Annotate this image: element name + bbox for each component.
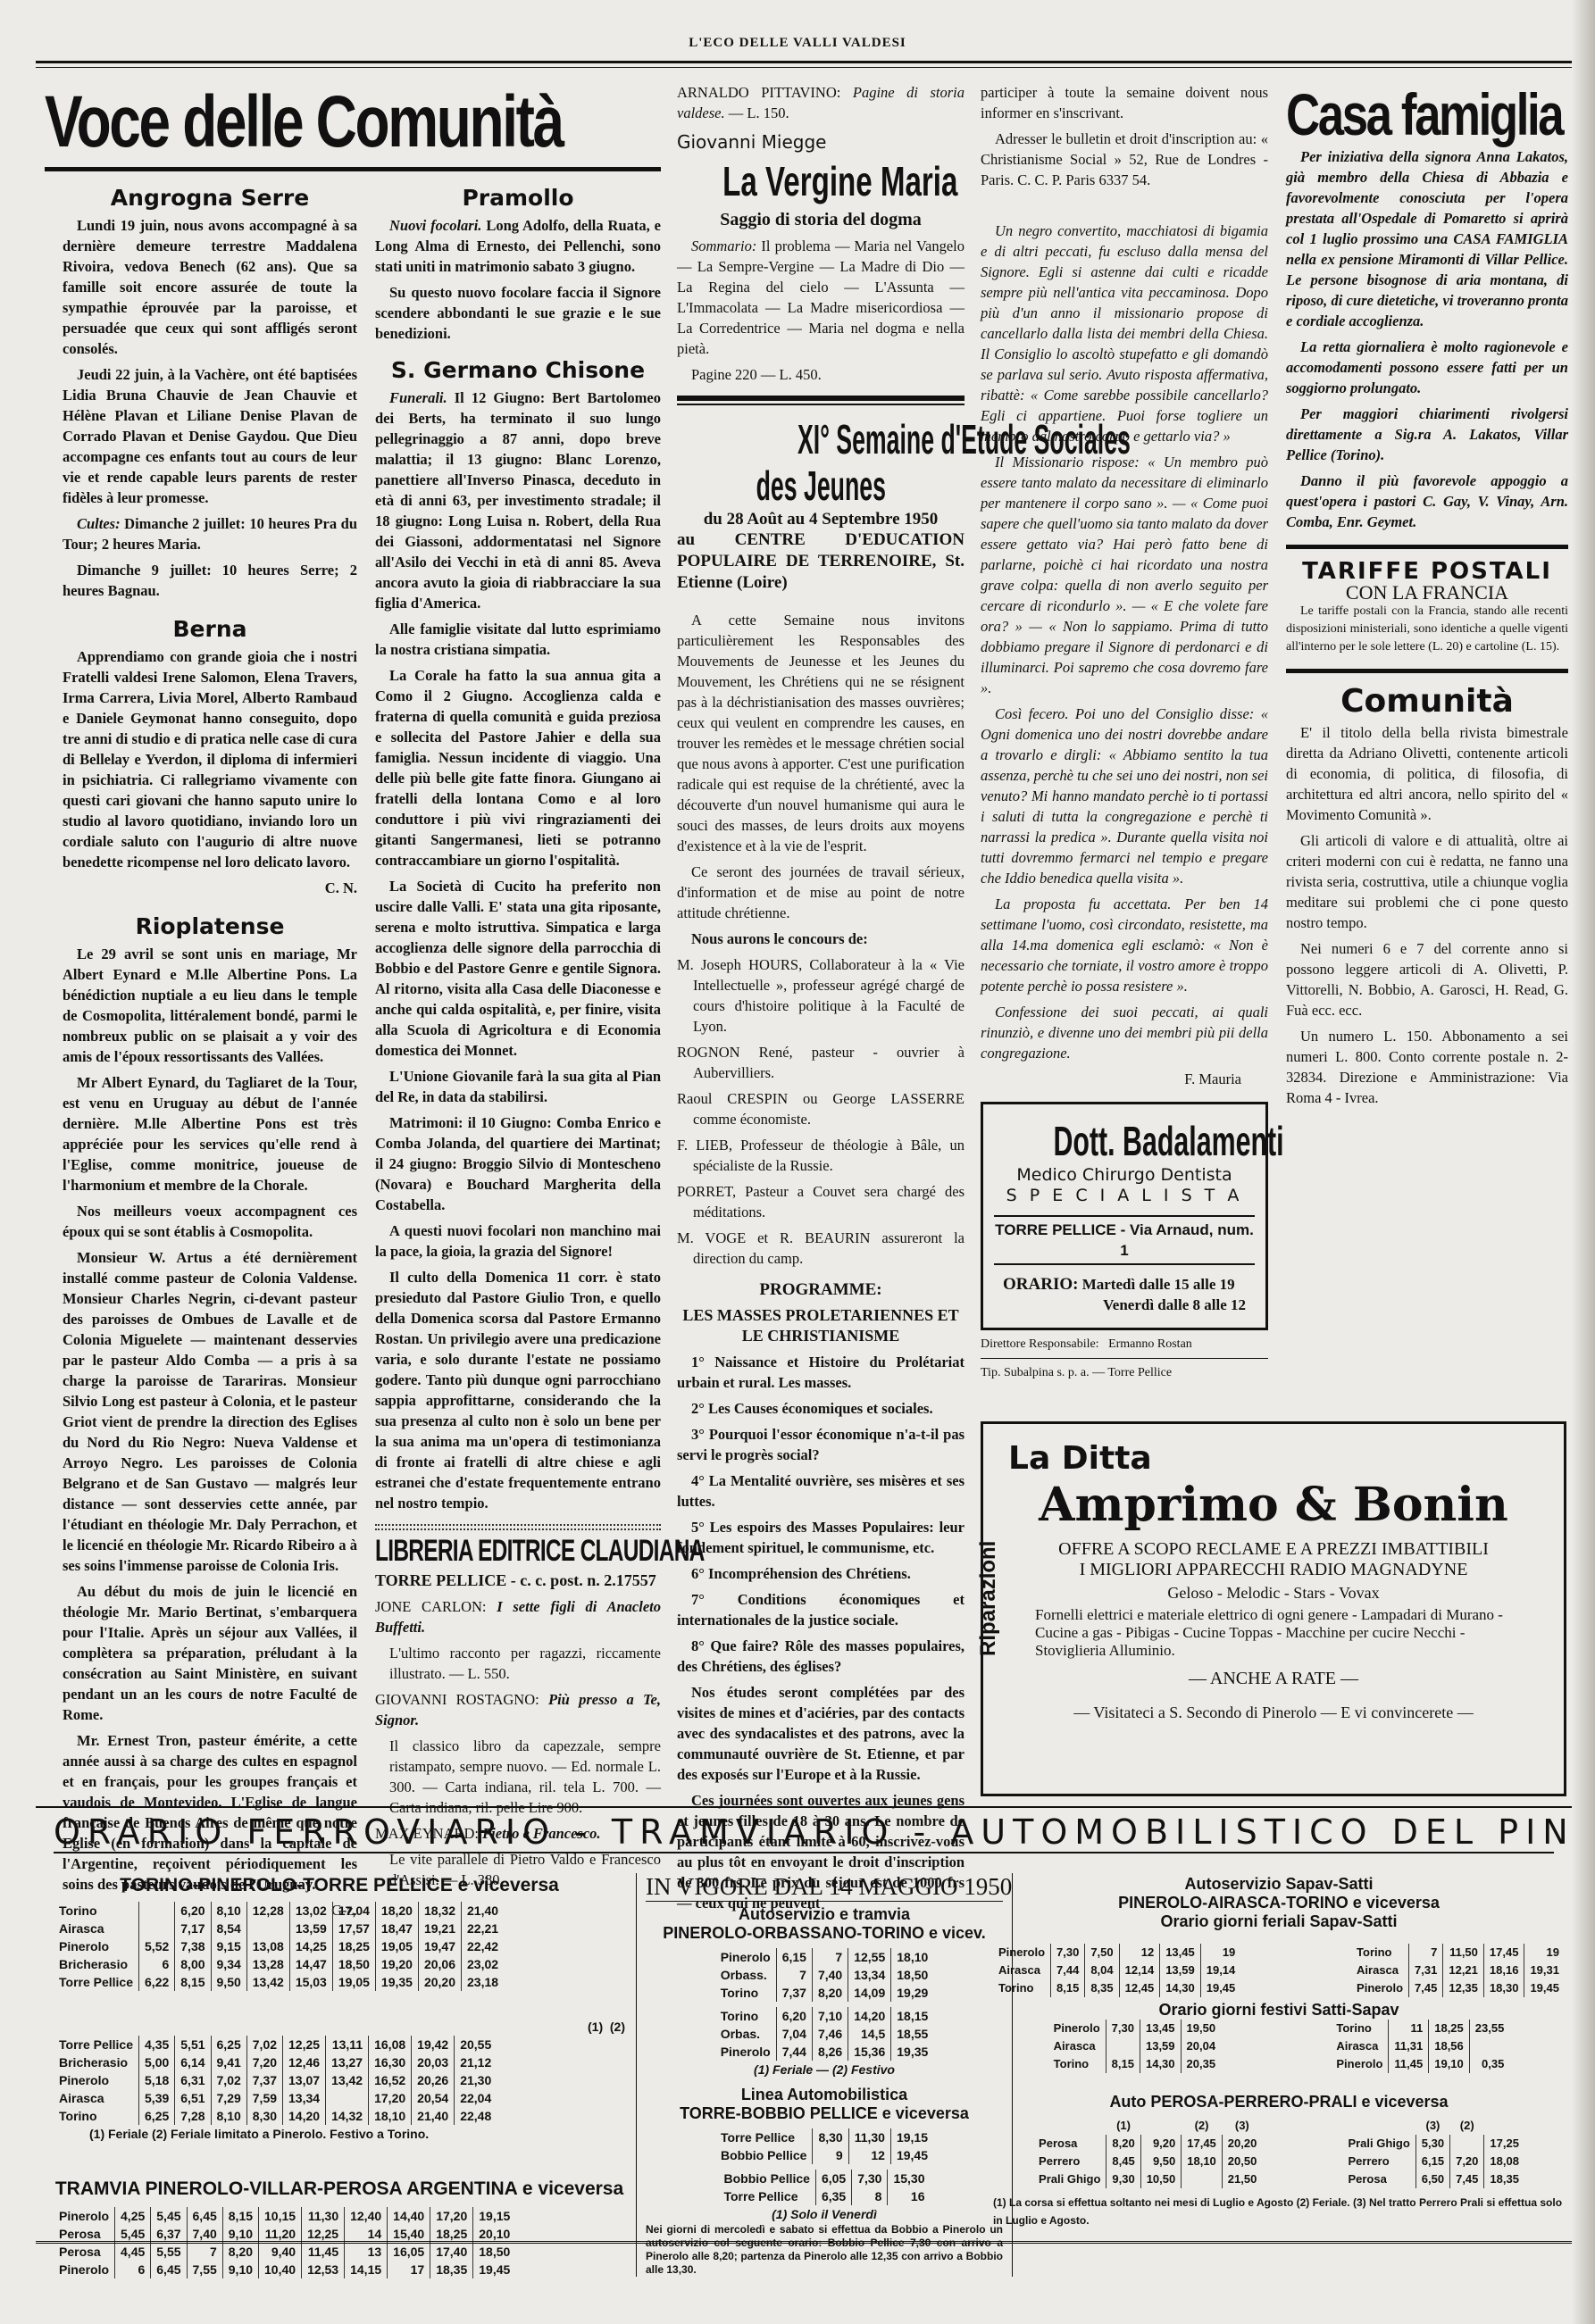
orbassano-note: (1) Feriale — (2) Festivo: [646, 2061, 1003, 2078]
departure-time: 13,28: [246, 1955, 289, 1973]
departure-time: 12,35: [1443, 1979, 1484, 1997]
departure-time: 19,10: [1429, 2055, 1470, 2073]
semaine-dates: du 28 Août au 4 Septembre 1950: [677, 509, 965, 529]
departure-time: 19,42: [412, 2036, 455, 2053]
pramollo-p2: Su questo nuovo focolare faccia il Signo…: [375, 282, 661, 344]
sapav-festivi-ret: Torino1118,2523,55Airasca11,3118,56Piner…: [1331, 2020, 1509, 2073]
station-name: Bricherasio: [54, 2053, 139, 2071]
departure-time: 18,50: [891, 1966, 934, 1984]
departure-time: 6,05: [815, 2170, 851, 2187]
programme-item: 8° Que faire? Rôle des masses populaires…: [677, 1636, 965, 1677]
timetable-row: Airasca7,3112,2118,1619,31: [1351, 1962, 1565, 1979]
departure-time: 6,31: [175, 2071, 211, 2089]
departure-time: 7,31: [1409, 1962, 1443, 1979]
station-name: Orbass.: [715, 1966, 777, 1984]
sgermano-p6: Matrimoni: il 10 Giugno: Comba Enrico e …: [375, 1112, 661, 1215]
departure-time: 7,28: [175, 2107, 211, 2125]
departure-time: 12,55: [848, 1948, 891, 1966]
departure-time: 9,10: [222, 2225, 258, 2243]
departure-time: 13,34: [848, 1966, 891, 1984]
departure-time: [1106, 2037, 1140, 2055]
departure-time: 8,15: [222, 2207, 258, 2225]
departure-time: 6,15: [1415, 2153, 1449, 2170]
departure-time: 10,50: [1140, 2170, 1182, 2188]
departure-time: 7,38: [175, 1937, 211, 1955]
station-name: Airasca: [993, 1962, 1051, 1979]
casa-title: Casa famiglia: [1286, 82, 1512, 146]
station-name: Perosa: [1342, 2170, 1415, 2188]
station-name: Pinerolo: [54, 2207, 115, 2225]
departure-time: 4,45: [115, 2243, 151, 2261]
prali-ret-table: (3)(2)Prali Ghigo5,3017,25Perrero6,157,2…: [1342, 2117, 1524, 2188]
timetable-row: Bricherasio5,006,149,417,2012,4613,2716,…: [54, 2053, 497, 2071]
prali-out-table: (1)(2)(3)Perosa8,209,2017,4520,20Perrero…: [1033, 2117, 1262, 2188]
departure-time: 21,50: [1222, 2170, 1262, 2188]
timetable-row: Prali Ghigo5,3017,25: [1342, 2135, 1524, 2153]
column-5: Casa famiglia Per iniziativa della signo…: [1286, 82, 1568, 1113]
departure-time: 13,07: [283, 2071, 326, 2089]
claudiana-book-2: GIOVANNI ROSTAGNO: Più presso a Te, Sign…: [375, 1689, 661, 1818]
departure-time: 6,45: [187, 2207, 222, 2225]
departure-time: 14,40: [388, 2207, 430, 2225]
vergine-subtitle: Saggio di storia del dogma: [677, 210, 965, 230]
departure-time: 8,45: [1106, 2153, 1140, 2170]
dentist-role: Medico Chirurgo Dentista: [994, 1165, 1255, 1186]
tariffe-title: TARIFFE POSTALI: [1286, 562, 1568, 582]
departure-time: [139, 1902, 175, 1920]
timetable-row: Torre Pellice8,3011,3019,15: [715, 2128, 933, 2146]
departure-time: 14,25: [289, 1937, 332, 1955]
departure-time: 16,30: [369, 2053, 412, 2071]
negro-p5: Confessione dei suoi peccati, ai quali r…: [981, 1002, 1268, 1063]
station-name: Torre Pellice: [54, 1973, 139, 1991]
pramollo-heading: Pramollo: [375, 187, 661, 208]
departure-time: 5,51: [175, 2036, 211, 2053]
station-name: Torre Pellice: [715, 2128, 813, 2146]
timetable-row: Pinerolo11,4519,100,35: [1331, 2055, 1509, 2073]
station-name: Torino: [993, 1979, 1051, 1997]
casa-p2: La retta giornaliera è molto ragionevole…: [1286, 337, 1568, 398]
departure-time: 19,45: [890, 2146, 933, 2164]
departure-time: 18,10: [369, 2107, 412, 2125]
station-name: Pinerolo: [715, 2043, 777, 2061]
book-author: GIOVANNI ROSTAGNO:: [375, 1691, 539, 1708]
casa-p3: Per maggiori chiarimenti rivolgersi dire…: [1286, 404, 1568, 465]
station-name: Orbas.: [715, 2025, 777, 2043]
timetable-row: Pinerolo7,3013,4519,50: [1048, 2020, 1221, 2037]
station-name: Pinerolo: [1351, 1979, 1409, 1997]
amprimo-rate: — ANCHE A RATE —: [1008, 1669, 1539, 1689]
timetable-row: Perosa4,455,5578,209,4011,451316,0517,40…: [54, 2243, 515, 2261]
semaine-p1: A cette Semaine nous invitons particuliè…: [677, 610, 965, 856]
departure-time: 8: [852, 2187, 888, 2205]
torino-ret-table: Torre Pellice4,355,516,257,0212,2513,111…: [54, 2036, 497, 2125]
departure-time: 12: [1119, 1944, 1160, 1962]
departure-time: 8,54: [211, 1920, 246, 1937]
departure-time: 13,08: [246, 1937, 289, 1955]
departure-time: 6,15: [776, 1948, 812, 1966]
departure-time: 8,35: [1085, 1979, 1119, 1997]
timetable-row: Pinerolo5,527,389,1513,0814,2518,2519,05…: [54, 1937, 504, 1955]
book-desc: L'ultimo racconto per ragazzi, riccament…: [375, 1643, 661, 1684]
departure-time: 13: [345, 2243, 388, 2261]
departure-time: 20,20: [1222, 2135, 1262, 2153]
departure-time: 17,20: [430, 2207, 473, 2225]
departure-time: 18,32: [418, 1902, 461, 1920]
departure-time: 5,55: [151, 2243, 187, 2261]
departure-time: 23,02: [462, 1955, 505, 1973]
torino-out-table: Torino6,208,1012,2813,0217,0418,2018,322…: [54, 1902, 504, 1991]
departure-time: 14: [345, 2225, 388, 2243]
negro-p1: Un negro convertito, macchiatosi di biga…: [981, 221, 1268, 446]
departure-time: 8,20: [222, 2243, 258, 2261]
sapav-title-3: Orario giorni feriali Sapav-Satti: [993, 1912, 1565, 1931]
departure-time: 21,40: [412, 2107, 455, 2125]
station-name: Airasca: [1331, 2037, 1389, 2055]
orario-bottom-rule: [36, 2241, 1572, 2244]
station-name: Perosa: [54, 2225, 115, 2243]
departure-time: 7: [187, 2243, 222, 2261]
departure-time: 11: [1389, 2020, 1429, 2037]
departure-time: 7,02: [246, 2036, 282, 2053]
departure-time: 17,45: [1182, 2135, 1223, 2153]
column-4: participer à toute la semaine doivent no…: [981, 82, 1268, 1387]
departure-time: 9,50: [211, 1973, 246, 1991]
departure-time: 8,00: [175, 1955, 211, 1973]
departure-time: 19,05: [332, 1973, 375, 1991]
departure-time: 13,45: [1160, 1944, 1201, 1962]
orbassano-ret-table: Torino6,207,1014,2018,15Orbas.7,047,4614…: [715, 2007, 934, 2061]
tariffe-p1: Le tariffe postali con la Francia, stand…: [1286, 603, 1568, 656]
departure-time: 11,50: [1443, 1944, 1484, 1962]
departure-time: 16,52: [369, 2071, 412, 2089]
comunita-p3: Nei numeri 6 e 7 del corrente anno si po…: [1286, 938, 1568, 1020]
voce-title-wrap: Voce delle Comunità: [45, 85, 661, 171]
bobbio-ret-table: Bobbio Pellice6,057,3015,30Torre Pellice…: [718, 2170, 930, 2205]
direttore: Direttore Responsabile: Ermanno Rostan: [981, 1330, 1268, 1359]
pramollo-label: Nuovi focolari.: [389, 217, 481, 234]
berna-p1: Apprendiamo con grande gioia che i nostr…: [63, 646, 357, 872]
departure-time: 18,20: [375, 1902, 418, 1920]
vergine-pages: Pagine 220 — L. 450.: [677, 364, 965, 385]
departure-time: 22,48: [455, 2107, 497, 2125]
station-name: Torino: [54, 2107, 139, 2125]
departure-time: 17: [388, 2261, 430, 2278]
programme-item: 3° Pourquoi l'essor économique n'a-t-il …: [677, 1424, 965, 1465]
departure-time: [1450, 2135, 1484, 2153]
departure-time: 12,28: [246, 1902, 289, 1920]
departure-time: 16,05: [388, 2243, 430, 2261]
claudiana-book-1: JONE CARLON: I sette figli di Anacleto B…: [375, 1596, 661, 1684]
station-name: Torre Pellice: [54, 2036, 139, 2053]
departure-time: 12,46: [283, 2053, 326, 2071]
departure-time: [1469, 2037, 1509, 2055]
programme-item: 2° Les Causes économiques et sociales.: [677, 1398, 965, 1419]
departure-time: 18,25: [430, 2225, 473, 2243]
departure-time: 20,26: [412, 2071, 455, 2089]
departure-time: 6,25: [211, 2036, 246, 2053]
departure-time: 7,17: [175, 1920, 211, 1937]
station-name: Prali Ghigo: [1342, 2135, 1415, 2153]
departure-time: 5,30: [1415, 2135, 1449, 2153]
departure-time: 11,45: [302, 2243, 345, 2261]
departure-time: 18,50: [473, 2243, 516, 2261]
departure-time: 8,20: [812, 1984, 848, 2002]
rio-p4: Monsieur W. Artus a été dernièrement ins…: [63, 1247, 357, 1576]
departure-time: 9: [813, 2146, 848, 2164]
departure-time: 18,35: [430, 2261, 473, 2278]
departure-time: 13,27: [326, 2053, 369, 2071]
departure-time: 10,40: [259, 2261, 302, 2278]
departure-time: 19,31: [1524, 1962, 1565, 1979]
amprimo-brands: Geloso - Melodic - Stars - Vovax: [1008, 1584, 1539, 1603]
departure-time: 11,30: [848, 2128, 890, 2146]
departure-time: 18,25: [1429, 2020, 1470, 2037]
orario-title: ORARIO FERROVIARIO - TRAMVIARIO - AUTOMO…: [54, 1812, 1554, 1853]
programme-item: 7° Conditions économiques et internation…: [677, 1589, 965, 1630]
departure-time: 5,39: [139, 2089, 175, 2107]
departure-time: 12,53: [302, 2261, 345, 2278]
departure-time: 18,47: [375, 1920, 418, 1937]
departure-time: 6,50: [1415, 2170, 1449, 2188]
departure-time: 19,45: [473, 2261, 516, 2278]
departure-time: 11,45: [1389, 2055, 1429, 2073]
timetable-row: Pinerolo7,448,2615,3619,35: [715, 2043, 934, 2061]
departure-time: 20,06: [418, 1955, 461, 1973]
orario-top-rule: [36, 1806, 1572, 1808]
semaine-place: au CENTRE D'EDUCATION POPULAIRE DE TERRE…: [677, 529, 965, 594]
departure-time: 18,10: [891, 1948, 934, 1966]
bobbio-title-1: Linea Automobilistica: [646, 2086, 1003, 2104]
orbassano-title-1: Autoservizio e tramvia: [646, 1905, 1003, 1924]
departure-time: 4,35: [139, 2036, 175, 2053]
departure-time: 19,47: [418, 1937, 461, 1955]
amprimo-name: Amprimo & Bonin: [1008, 1477, 1539, 1534]
departure-time: 19,20: [375, 1955, 418, 1973]
sgermano-p3: La Corale ha fatto la sua annua gita a C…: [375, 665, 661, 870]
timetable-row: Torino6,257,288,108,3014,2014,3218,1021,…: [54, 2107, 497, 2125]
departure-time: 19,14: [1200, 1962, 1240, 1979]
departure-time: [326, 2089, 369, 2107]
timetable-row: Perosa6,507,4518,35: [1342, 2170, 1524, 2188]
departure-time: 20,55: [455, 2036, 497, 2053]
tipografia: Tip. Subalpina s. p. a. — Torre Pellice: [981, 1359, 1268, 1387]
tramvia-title: TRAMVIA PINEROLO-VILLAR-PEROSA ARGENTINA…: [54, 2178, 625, 2200]
orbassano-out-table: Pinerolo6,15712,5518,10Orbass.77,4013,34…: [715, 1948, 934, 2002]
torino-ret-notes: (1) (2): [54, 2018, 625, 2036]
sapav-feriali-out: Pinerolo7,307,501213,4519Airasca7,448,04…: [993, 1944, 1240, 1997]
semaine-cont: participer à toute la semaine doivent no…: [981, 82, 1268, 123]
departure-time: 18,30: [1483, 1979, 1524, 1997]
bobbio-title-2: TORRE-BOBBIO PELLICE e viceversa: [646, 2104, 1003, 2123]
torino-timetable: TORINO-PINEROLO-TORRE PELLICE e vicevers…: [54, 1875, 625, 2278]
rio-p2: Mr Albert Eynard, du Tagliaret de la Tou…: [63, 1072, 357, 1195]
vergine-rule: [677, 396, 965, 405]
departure-time: 17,25: [1484, 2135, 1524, 2153]
station-name: Pinerolo: [1331, 2055, 1389, 2073]
dentist-hours-2: Venerdì dalle 8 alle 12: [994, 1295, 1255, 1315]
departure-time: 17,45: [1483, 1944, 1524, 1962]
departure-time: 18,55: [891, 2025, 934, 2043]
programme-item: 4° La Mentalité ouvrière, ses misères et…: [677, 1470, 965, 1512]
departure-time: 8,20: [1106, 2135, 1140, 2153]
column-3: ARNALDO PITTAVINO: Pagine di storia vald…: [677, 82, 965, 1919]
timetable-row: Torino711,5017,4519: [1351, 1944, 1565, 1962]
departure-time: 14,30: [1160, 1979, 1201, 1997]
departure-time: 8,30: [813, 2128, 848, 2146]
comunita-p2: Gli articoli di valore e di attualità, o…: [1286, 830, 1568, 933]
departure-time: 20,03: [412, 2053, 455, 2071]
sgermano-p4: La Società di Cucito ha preferito non us…: [375, 876, 661, 1061]
programme-title: LES MASSES PROLETARIENNES ET LE CHRISTIA…: [677, 1305, 965, 1346]
departure-time: 8,26: [812, 2043, 848, 2061]
departure-time: 13,02: [289, 1902, 332, 1920]
departure-time: 22,42: [462, 1937, 505, 1955]
departure-time: 19,45: [1524, 1979, 1565, 1997]
voce-title-rule: [45, 167, 661, 171]
departure-time: 9,34: [211, 1955, 246, 1973]
prali-title: Auto PEROSA-PERRERO-PRALI e viceversa: [993, 2093, 1565, 2112]
middle-timetables: IN VIGORE DAL 14 MAGGIO 1950 Autoservizi…: [636, 1873, 1013, 2277]
departure-time: 20,04: [1181, 2037, 1221, 2055]
claudiana-address: TORRE PELLICE - c. c. post. n. 2.17557: [375, 1570, 661, 1591]
programme-item: 6° Incompréhension des Chrétiens.: [677, 1563, 965, 1584]
sommario-label: Sommario:: [691, 237, 756, 254]
departure-time: 6,35: [815, 2187, 851, 2205]
timetable-row: Airasca7,448,0412,1413,5919,14: [993, 1962, 1240, 1979]
timetable-row: Pinerolo6,15712,5518,10: [715, 1948, 934, 1966]
sgermano-p7: A questi nuovi focolari non manchino mai…: [375, 1220, 661, 1262]
casa-p1: Per iniziativa della signora Anna Lakato…: [1286, 146, 1568, 331]
sapav-feriali-ret: Torino711,5017,4519Airasca7,3112,2118,16…: [1351, 1944, 1565, 1997]
station-name: Pinerolo: [54, 2261, 115, 2278]
departure-time: 8,15: [1106, 2055, 1140, 2073]
station-name: Airasca: [54, 1920, 139, 1937]
torino-title: TORINO-PINEROLO-TORRE PELLICE e vicevers…: [54, 1875, 625, 1896]
torino-note: (1) Feriale (2) Feriale limitato a Piner…: [54, 2125, 625, 2143]
departure-time: 12,14: [1119, 1962, 1160, 1979]
speaker: ROGNON René, pasteur - ouvrier à Aubervi…: [677, 1042, 965, 1083]
dentist-ad: Dott. Badalamenti Medico Chirurgo Dentis…: [981, 1102, 1268, 1330]
claudiana-title: LIBRERIA EDITRICE CLAUDIANA: [375, 1541, 658, 1562]
departure-time: 6,45: [151, 2261, 187, 2278]
station-name: Pinerolo: [993, 1944, 1051, 1962]
masthead-rule: [36, 61, 1572, 68]
departure-time: 8,04: [1085, 1962, 1119, 1979]
speaker: F. LIEB, Professeur de théologie à Bâle,…: [677, 1135, 965, 1176]
timetable-row: Perrero6,157,2018,08: [1342, 2153, 1524, 2170]
departure-time: 18,08: [1484, 2153, 1524, 2170]
departure-time: 14,32: [326, 2107, 369, 2125]
departure-time: 7,50: [1085, 1944, 1119, 1962]
departure-time: 6,25: [139, 2107, 175, 2125]
station-name: Bricherasio: [54, 1955, 139, 1973]
sgermano-p1: Il 12 Giugno: Bert Bartolomeo dei Berts,…: [375, 389, 661, 612]
bobbio-out-table: Torre Pellice8,3011,3019,15Bobbio Pellic…: [715, 2128, 933, 2164]
negro-p4: La proposta fu accettata. Per ben 14 set…: [981, 894, 1268, 996]
departure-time: 18,56: [1429, 2037, 1470, 2055]
departure-time: 19,35: [891, 2043, 934, 2061]
cultes-2: Dimanche 9 juillet: 10 heures Serre; 2 h…: [63, 560, 357, 601]
comunita-p1: E' il titolo della bella rivista bimestr…: [1286, 722, 1568, 825]
departure-time: [1182, 2170, 1223, 2188]
departure-time: 13,59: [1160, 1962, 1201, 1979]
departure-time: 7: [776, 1966, 812, 1984]
departure-time: 7,44: [776, 2043, 812, 2061]
orario-label: ORARIO:: [1003, 1275, 1078, 1294]
rio-p5: Au début du mois de juin le licencié en …: [63, 1581, 357, 1725]
departure-time: 5,45: [151, 2207, 187, 2225]
departure-time: 13,59: [289, 1920, 332, 1937]
departure-time: 7,40: [187, 2225, 222, 2243]
amprimo-visit: — Visitateci a S. Secondo di Pinerolo — …: [1008, 1703, 1539, 1722]
timetable-row: Perrero8,459,5018,1020,50: [1033, 2153, 1262, 2170]
page-edge-shadow: [1572, 0, 1595, 2324]
vigore-title: IN VIGORE DAL 14 MAGGIO 1950: [646, 1873, 1003, 1902]
departure-time: 10,15: [259, 2207, 302, 2225]
riparazioni-label: Riparazioni: [976, 1541, 1001, 1656]
departure-time: 6,37: [151, 2225, 187, 2243]
departure-time: 23,55: [1469, 2020, 1509, 2037]
departure-time: 7,55: [187, 2261, 222, 2278]
station-name: Pinerolo: [54, 2071, 139, 2089]
masthead: L'ECO DELLE VALLI VALDESI: [0, 36, 1595, 51]
departure-time: 13,42: [246, 1973, 289, 1991]
timetable-row: Pinerolo4,255,456,458,1510,1511,3012,401…: [54, 2207, 515, 2225]
departure-time: 14,5: [848, 2025, 891, 2043]
departure-time: 7,37: [776, 1984, 812, 2002]
departure-time: 12: [848, 2146, 890, 2164]
book-author: JONE CARLON:: [375, 1598, 486, 1615]
departure-time: 5,45: [115, 2225, 151, 2243]
departure-time: 7,40: [812, 1966, 848, 1984]
departure-time: 13,11: [326, 2036, 369, 2053]
station-name: Airasca: [54, 2089, 139, 2107]
sapav-title-4: Orario giorni festivi Satti-Sapav: [993, 2001, 1565, 2020]
departure-time: 7,59: [246, 2089, 282, 2107]
timetable-row: Orbas.7,047,4614,518,55: [715, 2025, 934, 2043]
departure-time: 9,10: [222, 2261, 258, 2278]
sapav-title-2: PINEROLO-AIRASCA-TORINO e viceversa: [993, 1894, 1565, 1912]
amprimo-line1: OFFRE A SCOPO RECLAME E A PREZZI IMBATTI…: [1008, 1539, 1539, 1560]
departure-time: 11,31: [1389, 2037, 1429, 2055]
pittavino-price: — L. 150.: [729, 104, 789, 121]
voce-title: Voce delle Comunità: [45, 85, 525, 160]
departure-time: 19,45: [1200, 1979, 1240, 1997]
departure-time: 6: [139, 1955, 175, 1973]
timetable-row: Prali Ghigo9,3010,5021,50: [1033, 2170, 1262, 2188]
timetable-row: Perosa8,209,2017,4520,20: [1033, 2135, 1262, 2153]
departure-time: 19,05: [375, 1937, 418, 1955]
timetable-row: Airasca13,5920,04: [1048, 2037, 1221, 2055]
departure-time: 18,35: [1484, 2170, 1524, 2188]
departure-time: 13,45: [1140, 2020, 1181, 2037]
departure-time: 9,15: [211, 1937, 246, 1955]
timetable-row: Pinerolo66,457,559,1010,4012,5314,151718…: [54, 2261, 515, 2278]
departure-time: 19,21: [418, 1920, 461, 1937]
departure-time: 17,40: [430, 2243, 473, 2261]
departure-time: 7,44: [1051, 1962, 1085, 1979]
departure-time: 7,45: [1450, 2170, 1484, 2188]
programme-item: 5° Les espoirs des Masses Populaires: le…: [677, 1517, 965, 1558]
departure-time: 7,30: [1051, 1944, 1085, 1962]
departure-time: 17,04: [332, 1902, 375, 1920]
dentist-spec: S P E C I A L I S T A: [994, 1186, 1255, 1206]
departure-time: 7,46: [812, 2025, 848, 2043]
station-name: Airasca: [1048, 2037, 1106, 2055]
departure-time: 6,14: [175, 2053, 211, 2071]
departure-time: 18,15: [891, 2007, 934, 2025]
